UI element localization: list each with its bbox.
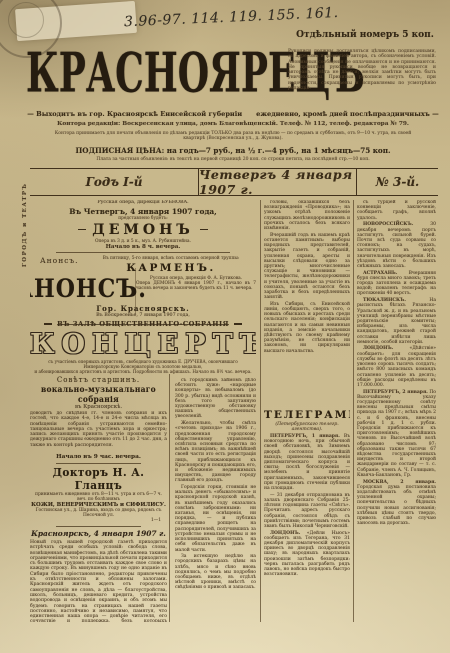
publication-place: — Выходитъ въ гор. Красноярскѣ Енисейско…: [27, 110, 242, 118]
date-label: Четвергъ 4 января 1907 г.: [199, 167, 356, 197]
column-3-paragraph: Вчерашній годъ въ нашемъ краѣ останется …: [264, 233, 350, 301]
sobranie-subtitle: въ Красноярскѣ.: [30, 404, 167, 410]
single-issue-price: Отдѣльный номеръ 5 коп.: [294, 30, 436, 40]
telegram-text: «Дѣйствіе» сообщаетъ: для сокращенія слу…: [357, 346, 436, 387]
ornament-dash: [234, 323, 242, 325]
publication-frequency: ежедневно, кромѣ дней послѣпраздничныхъ …: [256, 110, 439, 118]
telegrams-agency: (Петербургскаго телегр. агентства).: [264, 422, 350, 432]
telegram-text: 30 декабря вечеромъ портъ застигнутъ сил…: [357, 222, 436, 269]
sobranie-body: доводитъ до свѣдѣнія гг. членовъ собрані…: [30, 411, 167, 453]
telegram-entry: ПЕТЕРБУРГЪ, 1 января. Въ новогоднюю ночь…: [264, 434, 350, 491]
column-2-paragraph: Желательно, чтобы смѣта «счетовъ прихода…: [175, 421, 256, 483]
issue-cell: № 3-й.: [357, 169, 438, 195]
telegram-entry: ТЮКАЛИНСКЪ. На рысистыхъ бѣгахъ Рязанско…: [357, 298, 436, 345]
concert-headline: КОНЦЕРТЪ: [30, 329, 256, 360]
telegrams-section: ТЕЛЕГРАММЫ (Петербургскаго телегр. агент…: [264, 407, 350, 622]
anons-small-label: Анонсъ.: [40, 256, 96, 265]
divider-rule: [56, 463, 141, 464]
section-label-theatre: ГОРОДЪ и ТЕАТРЪ: [22, 203, 28, 267]
telegram-entry: НОВОРОССІЙСКЪ. 30 декабря вечеромъ портъ…: [357, 222, 436, 269]
ad2-row: АНОНСЪ. Русская опера, дирекція Ф. А. Бу…: [30, 276, 256, 302]
ad-series-mark: 1—1: [30, 518, 167, 523]
telegram-entry: ПЕТЕРБУРГЪ, 2 января. По Высочайшему ука…: [357, 390, 436, 478]
ornament-dash: [200, 229, 208, 231]
newspaper-page: 3.96-97. 114. 119. 155. 161. КРАСНОЯРЕЦЪ…: [0, 0, 450, 653]
column-4-telegrams: съ турціей и русской конвенціи заключені…: [357, 200, 436, 622]
anons-big-headline: АНОНСЪ.: [30, 274, 132, 304]
telegram-text: «Дейли Ньюсъ» сообщаетъ изъ Тегерана, чт…: [264, 531, 350, 578]
telegram-entry: — 31 декабря отпразднована въ залахъ дво…: [264, 493, 350, 529]
column-2-paragraph: съ городскимъ займомъ дѣло обстоитъ хуже…: [175, 378, 256, 420]
manuscript-rules-note: Рукописи должны доставляться цѣликомъ по…: [288, 49, 436, 91]
date-cell: Четвергъ 4 января 1907 г.: [199, 169, 357, 195]
telegram-entry: АСТРАХАНЬ. Вчерашняя буря снесла много л…: [357, 271, 436, 297]
column-2-paragraph: За истекшую недѣлю на городскихъ базарах…: [175, 554, 256, 590]
telegram-text: По Высочайшему указу государственному со…: [357, 390, 436, 478]
ornament-dash: [78, 229, 86, 231]
ad1-start-time: Начало въ 8 ч. вечера.: [30, 244, 256, 250]
column-3-paragraph: Изъ Сибири, съ Енисейской линіи, сообщаю…: [264, 302, 350, 354]
sovet-header: Совѣтъ старшинъ.: [30, 376, 167, 384]
telegram-entry: съ турціей и русской конвенціи заключені…: [357, 200, 436, 221]
year-label: Годъ I-й: [86, 175, 143, 189]
divider-rule: [56, 526, 141, 527]
advert-price-line: Плата за частныя объявленія: въ текстѣ н…: [30, 157, 436, 162]
telegrams-header: ТЕЛЕГРАММЫ: [264, 409, 350, 421]
ad1-date: Въ Четвергъ, 4 января 1907 года,: [30, 207, 256, 216]
doctor-hours: принимаетъ ежедневно отъ 8—11 ч. утра и …: [30, 492, 167, 502]
ad1-company: Русская опера, дирекція БУБНОВА.: [30, 200, 256, 206]
publication-line: — Выходитъ въ гор. Красноярскѣ Енисейско…: [30, 110, 436, 118]
opera-title-demon: ДЕМОНЪ: [92, 222, 193, 238]
issue-number: № 3-й.: [376, 175, 419, 189]
opera-title-karmen: КАРМЕНЪ.: [96, 262, 246, 274]
doctor-ad-title: Докторъ Н. А. Гланцъ: [33, 466, 163, 492]
column-3-article: головы, оказавшихся безъ вознагражденія …: [264, 200, 350, 405]
ad2-date: Въ Воскресенье, 7 января 1907 года,: [30, 313, 256, 319]
ad1-note: представлено будетъ:: [30, 216, 256, 221]
editorial-dateline: Красноярскъ, 4 января 1907 г.: [30, 529, 167, 538]
handwritten-catalog-numbers: 3.96-97. 114. 119. 155. 161.: [124, 4, 364, 30]
column-3-paragraph: головы, оказавшихся безъ вознагражденія …: [264, 200, 350, 231]
anons-text: Въ пятницу, 5-го января, всѣмъ составомъ…: [96, 256, 246, 261]
concert-details-2: и абонировавшихся артистовъ и артистокъ.…: [30, 370, 256, 374]
subscription-price-line: ПОДПИСНАЯ ЦѢНА: на годъ—7 руб., на ½ г.—…: [30, 146, 436, 155]
sobranie-start-time: Начало въ 9 час. вечера.: [30, 454, 167, 460]
postal-stamp-inner-icon: [8, 2, 44, 38]
ad2-company: Русская опера, дирекція Ф. А. Бутикова.: [136, 276, 256, 281]
telegram-entry: ЛОНДОНЪ. «Дѣйствіе» сообщаетъ: для сокра…: [357, 346, 436, 388]
price-text: Отдѣльный номеръ 5 коп.: [296, 30, 434, 40]
column-2: съ городскимъ займомъ дѣло обстоитъ хуже…: [175, 378, 256, 622]
telegram-text: На рысистыхъ бѣгахъ Рязанско-Уральской ж…: [357, 298, 436, 345]
ornament-dash: [44, 323, 52, 325]
office-address-line: Контора редакціи: Воскресенская улица, д…: [30, 121, 436, 127]
telegram-text: Городская дума постановила ходатайствова…: [357, 485, 436, 526]
hall-row: ВЪ ЗАЛѢ ОБЩЕСТВЕННАГО-СОБРАНІЯ: [30, 320, 256, 328]
telegram-entry: МОСКВА, 2 января. Городская дума постано…: [357, 480, 436, 527]
editorial-body: Новый годъ нашей городской газетѣ приход…: [30, 540, 167, 622]
year-cell: Годъ I-й: [30, 169, 199, 195]
divider-rule: [56, 252, 230, 253]
column-rule: [169, 374, 170, 622]
sobranie-title: вокально-музыкальнаго собранія: [35, 384, 161, 404]
ad2-city: Гор. Красноярскъ.: [30, 304, 256, 313]
ad2-text: Опера ДЕМОНЪ 4 января 1907 г., начало въ…: [136, 281, 256, 291]
office-hours-line: Контора принимаетъ для печати объявленія…: [46, 131, 420, 141]
ad1-title-row: ДЕМОНЪ: [30, 222, 256, 238]
column-rule: [353, 200, 354, 622]
telegram-text: Въ новогоднюю ночь, при обычной своей об…: [264, 434, 350, 491]
ad1-anons-row: Анонсъ. Въ пятницу, 5-го января, всѣмъ с…: [30, 256, 256, 274]
date-bar: Годъ I-й Четвергъ 4 января 1907 г. № 3-й…: [30, 168, 438, 196]
column-1: Совѣтъ старшинъ. вокально-музыкальнаго с…: [30, 376, 167, 622]
column-2-paragraph: Городскія горки, стоившія не малыхъ дене…: [175, 485, 256, 553]
hall-name: ВЪ ЗАЛѢ ОБЩЕСТВЕННАГО-СОБРАНІЯ: [57, 320, 229, 328]
doctor-address: Гостинская ул., д. Шарина, входъ со двор…: [30, 508, 167, 518]
telegram-entry: ЛОНДОНЪ. «Дейли Ньюсъ» сообщаетъ изъ Тег…: [264, 531, 350, 578]
theatre-ads-region: Русская опера, дирекція БУБНОВА. Въ Четв…: [30, 200, 256, 374]
column-rule: [260, 200, 261, 622]
